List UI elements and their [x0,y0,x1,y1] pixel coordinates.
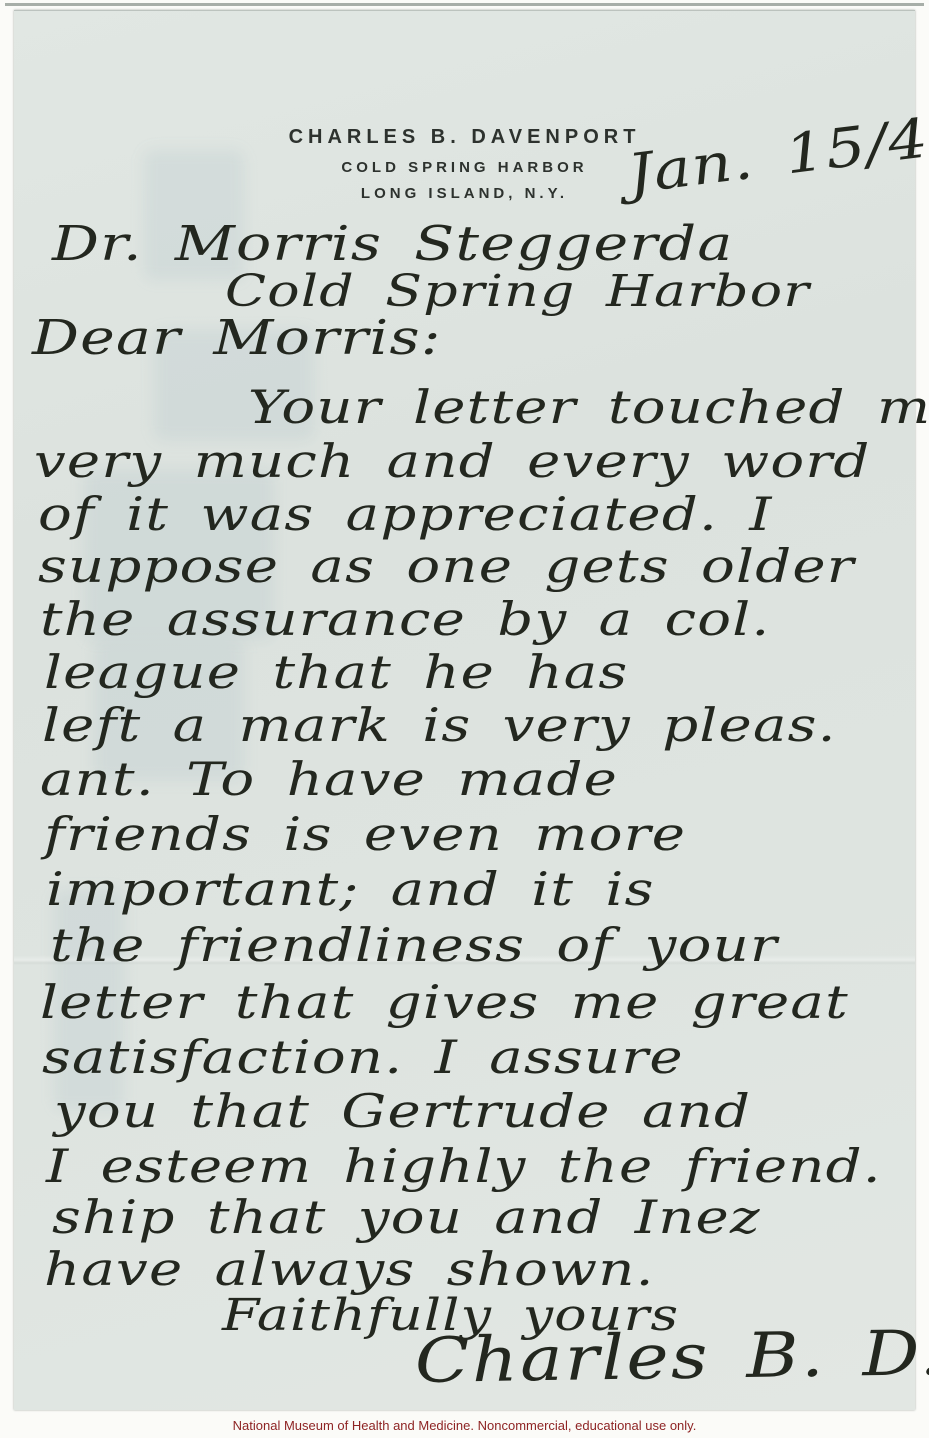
handwritten-line: very much and every word [34,438,871,484]
handwritten-line: Your letter touched me [248,384,929,430]
handwritten-line: important; and it is [46,866,655,912]
handwritten-line: ship that you and Inez [52,1194,761,1240]
handwritten-line: left a mark is very pleas. [42,702,837,748]
recipient-name-line: Dr. Morris Steggerda [52,220,733,268]
handwritten-line: league that he has [44,649,628,695]
handwritten-line: friends is even more [44,811,686,857]
signature: Charles B. D. [414,1322,929,1392]
handwritten-line: ant. To have made [40,756,618,802]
handwritten-line: letter that gives me great [40,979,849,1025]
scan-edge-line [5,3,924,6]
salutation: Dear Morris: [32,314,442,362]
recipient-address-line: Cold Spring Harbor [225,270,810,314]
handwritten-line: the friendliness of your [50,922,778,968]
handwritten-line: I esteem highly the friend. [46,1143,882,1189]
handwritten-line: satisfaction. I assure [42,1034,684,1080]
handwritten-line: have always shown. [44,1246,655,1292]
handwritten-line: suppose as one gets older [38,543,855,589]
handwritten-line: you that Gertrude and [54,1088,751,1134]
source-credit: National Museum of Health and Medicine. … [0,1418,929,1433]
handwritten-line: the assurance by a col. [40,596,770,642]
handwritten-line: of it was appreciated. I [38,491,773,537]
